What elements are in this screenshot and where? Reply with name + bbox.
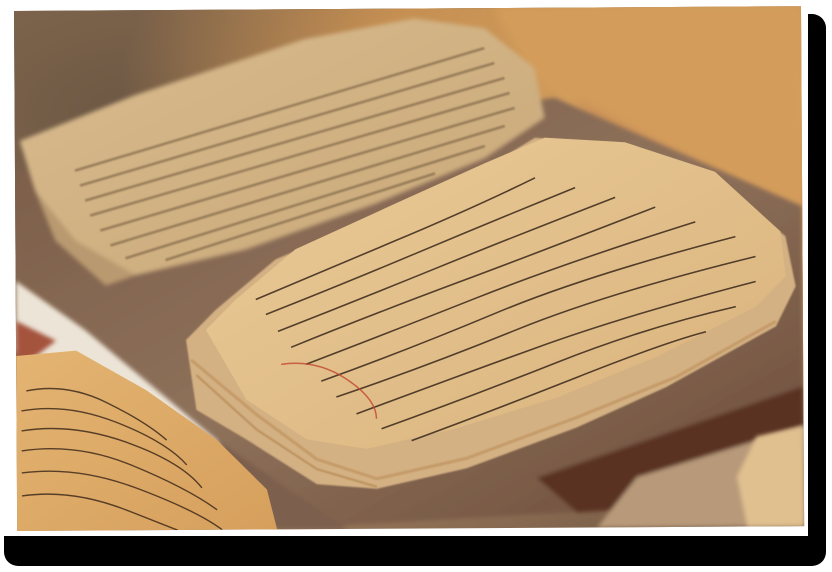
photo-frame <box>0 0 808 536</box>
manuscript-scene <box>14 6 804 531</box>
manuscript-photo <box>14 6 804 531</box>
